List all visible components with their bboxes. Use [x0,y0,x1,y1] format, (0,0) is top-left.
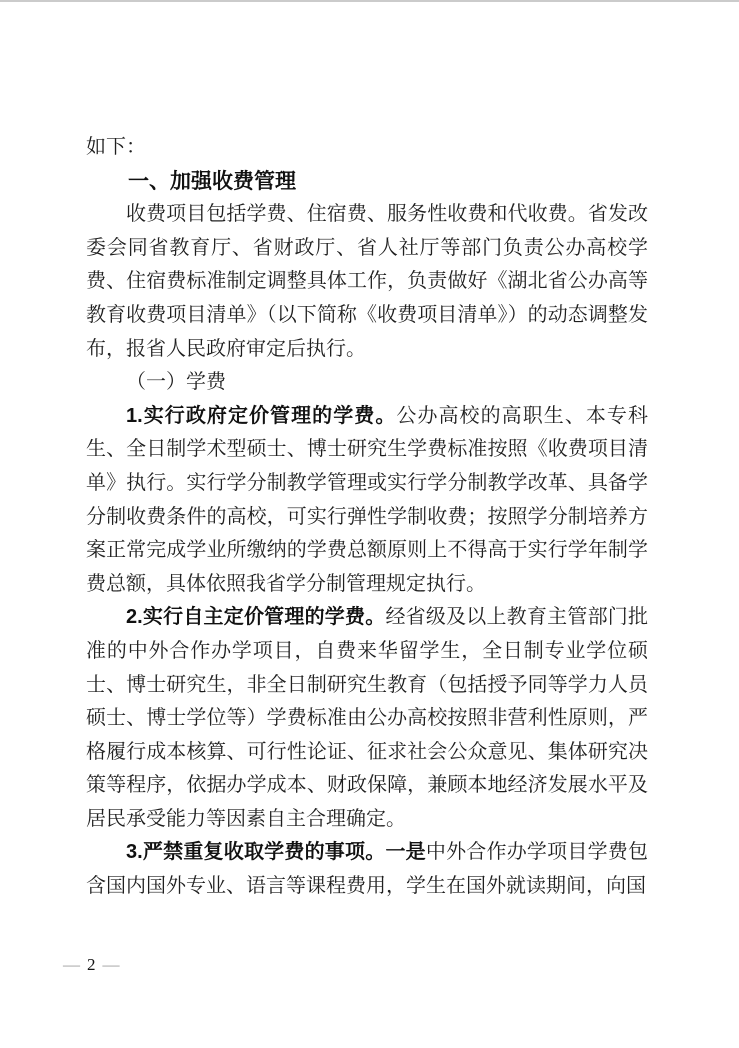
item-1-lead: 1.实行政府定价管理的学费。 [126,405,396,427]
page-footer: —2— [63,955,120,975]
section-heading: 一、加强收费管理 [86,165,648,199]
item-3-lead: 3.严禁重复收取学费的事项。一是 [126,841,426,863]
paragraph-fee-management: 收费项目包括学费、住宿费、服务性收费和代收费。省发改委会同省教育厅、省财政厅、省… [86,198,648,366]
subsection-heading-tuition: （一）学费 [86,366,648,400]
footer-dash-right: — [103,955,120,974]
page-top-edge-divider [0,0,739,2]
footer-dash-left: — [63,955,80,974]
item-2-body: 经省级及以上教育主管部门批准的中外合作办学项目，自费来华留学生，全日制专业学位硕… [86,606,648,830]
paragraph-item-3: 3.严禁重复收取学费的事项。一是中外合作办学项目学费包含国内国外专业、语言等课程… [86,836,648,903]
intro-line: 如下： [86,131,648,165]
item-1-body: 公办高校的高职生、本专科生、全日制学术型硕士、博士研究生学费标准按照《收费项目清… [86,405,648,595]
document-body: 如下： 一、加强收费管理 收费项目包括学费、住宿费、服务性收费和代收费。省发改委… [86,131,648,904]
paragraph-item-1: 1.实行政府定价管理的学费。公办高校的高职生、本专科生、全日制学术型硕士、博士研… [86,400,648,602]
paragraph-item-2: 2.实行自主定价管理的学费。经省级及以上教育主管部门批准的中外合作办学项目，自费… [86,601,648,836]
page-number: 2 [80,955,103,974]
item-2-lead: 2.实行自主定价管理的学费。 [126,606,385,628]
